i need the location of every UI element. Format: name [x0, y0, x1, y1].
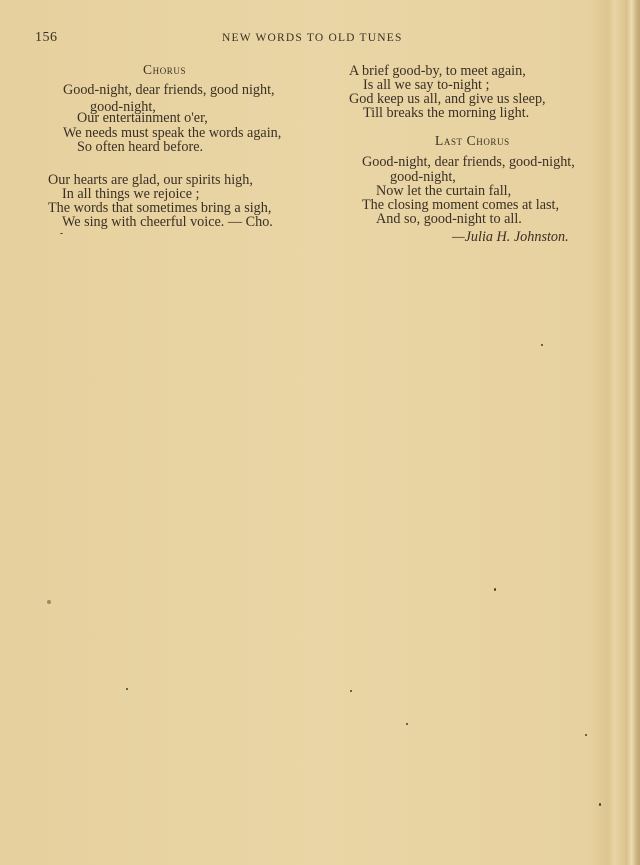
- verse-line: Till breaks the morning light.: [363, 106, 529, 120]
- paper-speck: [350, 690, 352, 692]
- paper-speck: [126, 688, 128, 690]
- paper-speck: [406, 723, 408, 725]
- chorus-line: Our entertainment o'er,: [77, 111, 208, 125]
- page-number: 156: [35, 30, 58, 46]
- paper-speck: [585, 734, 587, 736]
- book-page: 156 NEW WORDS TO OLD TUNES Chorus Good-n…: [0, 0, 640, 865]
- last-chorus-heading: Last Chorus: [435, 133, 510, 149]
- paper-speck: [494, 588, 496, 591]
- chorus-heading: Chorus: [143, 62, 186, 78]
- chorus-line: So often heard before.: [77, 140, 203, 154]
- running-title: NEW WORDS TO OLD TUNES: [222, 32, 403, 44]
- attribution: —Julia H. Johnston.: [452, 230, 569, 244]
- chorus-line: Good-night, dear friends, good night,: [63, 83, 275, 97]
- paper-speck: [47, 600, 51, 604]
- verse-line: We sing with cheerful voice. — Cho.: [62, 215, 273, 229]
- paper-speck: [60, 233, 63, 234]
- paper-speck: [599, 803, 601, 806]
- page-edge: [626, 0, 640, 865]
- paper-speck: [541, 344, 543, 346]
- last-chorus-line: Good-night, dear friends, good-night,: [362, 155, 575, 169]
- last-chorus-line: And so, good-night to all.: [376, 212, 522, 226]
